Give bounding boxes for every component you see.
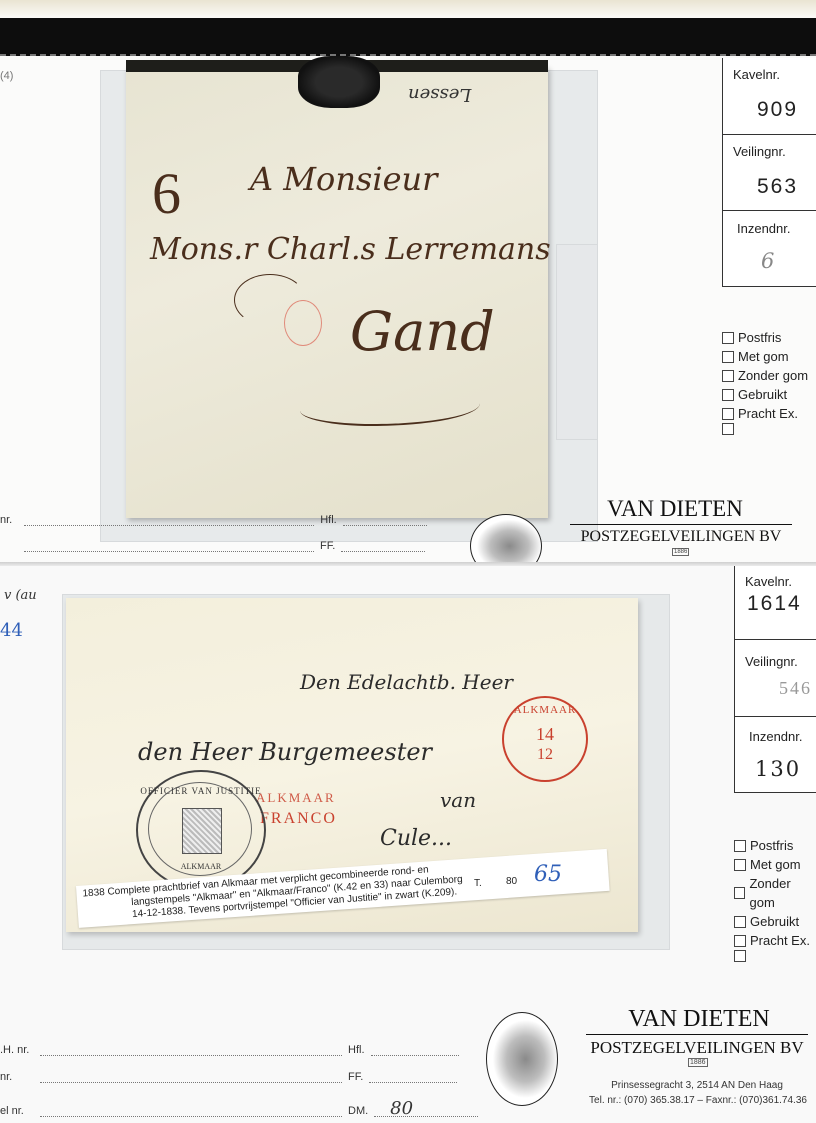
- form-row-1: nr. Hfl.: [0, 514, 427, 526]
- checkbox-zonder-gom[interactable]: Zonder gom: [734, 874, 816, 912]
- veilingnr-value: 546: [779, 678, 812, 699]
- wax-seal: [298, 56, 380, 108]
- brand-rule: [570, 524, 792, 525]
- form-field[interactable]: [369, 1072, 457, 1083]
- kavelnr-value: 1614: [747, 592, 802, 616]
- brand-name: VAN DIETEN: [592, 496, 758, 522]
- checkbox-icon: [722, 423, 734, 435]
- checkbox-icon: [734, 887, 745, 899]
- address-line-1: A Monsieur: [250, 160, 437, 198]
- company-address: Prinsessegracht 3, 2514 AN Den Haag: [584, 1080, 810, 1091]
- form-field[interactable]: [343, 515, 427, 526]
- address-line-4: Cule...: [380, 826, 452, 851]
- margin-mark: (4): [0, 70, 13, 82]
- alkmaar-round-postmark: ALKMAAR 14 12: [502, 696, 588, 782]
- form-row-2: nr. FF.: [0, 1071, 457, 1083]
- address-line-2: Mons.r Charl.s Lerremans: [150, 232, 551, 267]
- inzendnr-cell: Inzendnr. 6: [723, 211, 816, 286]
- veilingnr-label: Veilingnr.: [745, 654, 798, 669]
- form-row-3: el nr. DM. 80: [0, 1098, 478, 1117]
- form-field[interactable]: [371, 1045, 459, 1056]
- checkbox-blank[interactable]: [734, 950, 816, 962]
- form-field[interactable]: [40, 1072, 342, 1083]
- margin-note: v (au: [4, 588, 37, 603]
- checkbox-icon: [722, 389, 734, 401]
- checkbox-icon: [734, 916, 746, 928]
- brand-subtitle: POSTZEGELVEILINGEN BV: [584, 1038, 810, 1058]
- company-contact: Tel. nr.: (070) 365.38.17 – Faxnr.: (070…: [580, 1095, 816, 1106]
- brand-subtitle: POSTZEGELVEILINGEN BV: [568, 528, 794, 546]
- form-field[interactable]: [40, 1106, 342, 1117]
- coat-of-arms-icon: [182, 808, 222, 854]
- checkbox-icon: [734, 950, 746, 962]
- checkbox-postfris[interactable]: Postfris: [722, 328, 808, 347]
- checkbox-blank[interactable]: [722, 423, 808, 435]
- form-field[interactable]: [24, 541, 314, 552]
- inzendnr-value: 6: [761, 249, 776, 273]
- condition-checklist-2: Postfris Met gom Zonder gom Gebruikt Pra…: [734, 836, 816, 962]
- franco-line-stamp: FRANCO: [260, 810, 337, 828]
- checkbox-postfris[interactable]: Postfris: [734, 836, 816, 855]
- lot-info-box-2: Kavelnr. 1614 Veilingnr. 546 Inzendnr. 1…: [734, 566, 816, 793]
- veilingnr-value: 563: [757, 175, 798, 199]
- form-field[interactable]: [341, 541, 425, 552]
- checkbox-pracht-ex[interactable]: Pracht Ex.: [734, 931, 816, 950]
- margin-note: 44: [0, 620, 23, 641]
- checkbox-met-gom[interactable]: Met gom: [734, 855, 816, 874]
- founder-portrait-logo: [486, 1012, 558, 1106]
- black-album-strip: [0, 18, 816, 56]
- since-badge: 1886: [672, 548, 689, 556]
- checkbox-icon: [722, 351, 734, 363]
- checkbox-icon: [722, 332, 734, 344]
- inzendnr-value: 130: [755, 757, 801, 781]
- inzendnr-label: Inzendnr.: [749, 729, 803, 744]
- officier-van-justitie-seal: OFFICIER VAN JUSTITIE ALKMAAR: [136, 770, 266, 890]
- veilingnr-cell: Veilingnr. 546: [735, 640, 816, 716]
- address-line-3: Gand: [350, 300, 495, 363]
- address-line-3: van: [440, 788, 476, 812]
- grade-label: T.: [474, 878, 482, 889]
- handwritten-estimate: 65: [534, 862, 562, 887]
- checkbox-pracht-ex[interactable]: Pracht Ex.: [722, 404, 808, 423]
- reverse-note: Lessen: [408, 84, 471, 105]
- kavelnr-label: Kavelnr.: [745, 574, 792, 589]
- inzendnr-label: Inzendnr.: [737, 221, 791, 236]
- inzendnr-cell: Inzendnr. 130: [735, 717, 816, 792]
- form-field[interactable]: 80: [374, 1098, 478, 1117]
- ink-flourish: [234, 274, 306, 326]
- veilingnr-label: Veilingnr.: [733, 144, 786, 159]
- form-row-1: .H. nr. Hfl.: [0, 1044, 459, 1056]
- checkbox-gebruikt[interactable]: Gebruikt: [722, 385, 808, 404]
- start-price: 80: [506, 876, 517, 887]
- form-field[interactable]: [24, 515, 314, 526]
- kavelnr-label: Kavelnr.: [733, 67, 780, 82]
- since-badge: 1886: [688, 1058, 708, 1067]
- address-line-1: Den Edelachtb. Heer: [300, 670, 513, 694]
- scan-top-edge: [0, 0, 816, 18]
- veilingnr-cell: Veilingnr. 563: [723, 135, 816, 211]
- checkbox-icon: [734, 935, 746, 947]
- kavelnr-cell: Kavelnr. 909: [723, 58, 816, 135]
- sleeve-flap: [556, 244, 598, 440]
- brand-name: VAN DIETEN: [616, 1006, 782, 1033]
- docket-number: 6: [152, 160, 181, 227]
- checkbox-icon: [722, 408, 734, 420]
- condition-checklist-1: Postfris Met gom Zonder gom Gebruikt Pra…: [722, 328, 808, 435]
- form-field[interactable]: [40, 1045, 342, 1056]
- kavelnr-value: 909: [757, 98, 798, 122]
- checkbox-icon: [722, 370, 734, 382]
- checkbox-met-gom[interactable]: Met gom: [722, 347, 808, 366]
- lot-info-box-1: Kavelnr. 909 Veilingnr. 563 Inzendnr. 6: [722, 58, 816, 287]
- checkbox-zonder-gom[interactable]: Zonder gom: [722, 366, 808, 385]
- form-row-2: FF.: [24, 540, 425, 552]
- letter-cover-1[interactable]: [126, 66, 548, 518]
- checkbox-icon: [734, 840, 746, 852]
- checkbox-gebruikt[interactable]: Gebruikt: [734, 912, 816, 931]
- checkbox-icon: [734, 859, 746, 871]
- address-line-2: den Heer Burgemeester: [138, 738, 432, 766]
- alkmaar-line-stamp: ALKMAAR: [256, 790, 336, 806]
- brand-rule: [586, 1034, 808, 1035]
- kavelnr-cell: Kavelnr. 1614: [735, 566, 816, 640]
